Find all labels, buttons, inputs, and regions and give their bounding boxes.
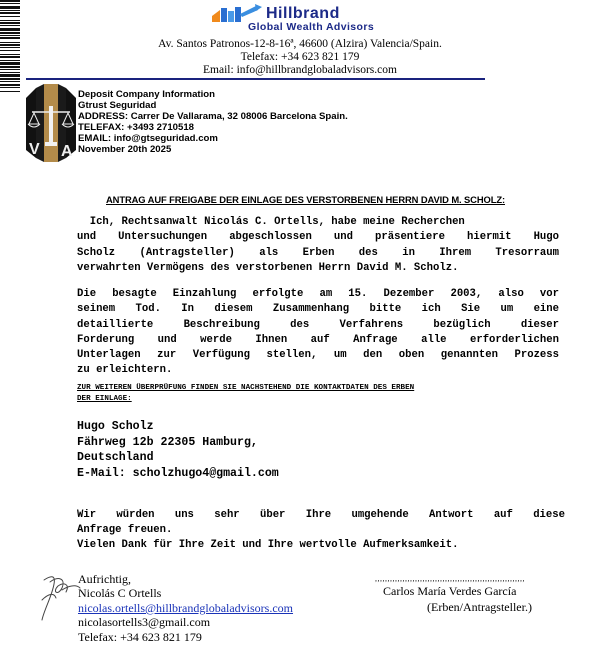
sender-email-alt: nicolasortells3@gmail.com <box>78 615 293 629</box>
letterhead-email: Email: info@hillbrandglobaladvisors.com <box>20 64 580 76</box>
closing-line: Wir würden uns sehr über Ihre umgehende … <box>77 508 565 523</box>
svg-text:V: V <box>29 141 40 158</box>
closing-line: Anfrage freuen. <box>77 523 565 538</box>
paragraph-line: verwahrten Vermögens des verstorbenen He… <box>77 261 559 276</box>
paragraph-line: Ich, Rechtsanwalt Nicolás C. Ortells, ha… <box>77 215 559 230</box>
heir-name: Hugo Scholz <box>77 419 279 435</box>
letterhead-telefax: Telefax: +34 623 821 179 <box>20 51 580 63</box>
heir-signature-role: (Erben/Antragsteller.) <box>427 600 532 615</box>
heir-street: Fährweg 12b 22305 Hamburg, <box>77 435 279 451</box>
paragraph-line: detaillierte Beschreibung des Verfahrens… <box>77 318 559 333</box>
paragraph-deposit-details: Die besagte Einzahlung erfolgte am 15. D… <box>77 287 559 379</box>
deposit-name: Gtrust Seguridad <box>78 100 348 111</box>
paragraph-line: seinem Tod. In diesem Zusammenhang bitte… <box>77 302 559 317</box>
paragraph-line: und Untersuchungen abgeschlossen und prä… <box>77 230 559 245</box>
letter-title: ANTRAG AUF FREIGABE DER EINLAGE DES VERS… <box>106 194 505 205</box>
paragraph-line: Unterlagen zur Verfügung stellen, um den… <box>77 348 559 363</box>
brand-tagline: Global Wealth Advisors <box>248 21 374 33</box>
sender-email-link[interactable]: nicolas.ortells@hillbrandglobaladvisors.… <box>78 601 293 615</box>
heir-country: Deutschland <box>77 450 279 466</box>
header-divider <box>26 78 485 80</box>
verification-heading: ZUR WEITEREN ÜBERPRÜFUNG FINDEN SIE NACH… <box>77 383 414 405</box>
svg-text:A: A <box>61 143 73 160</box>
heir-contact: Hugo Scholz Fährweg 12b 22305 Hamburg, D… <box>77 419 279 481</box>
verification-heading-line: ZUR WEITEREN ÜBERPRÜFUNG FINDEN SIE NACH… <box>77 383 414 394</box>
closing-line: Vielen Dank für Ihre Zeit und Ihre wertv… <box>77 538 565 553</box>
deposit-address: ADDRESS: Carrer De Vallarama, 32 08006 B… <box>78 111 348 122</box>
sender-telefax: Telefax: +34 623 821 179 <box>78 630 293 644</box>
signature-line: ,,,,,,,,,,,,,,,,,,,,,,,,,,,,,,,,,,,,,,,,… <box>375 574 525 583</box>
closing-paragraph: Wir würden uns sehr über Ihre umgehende … <box>77 508 565 553</box>
letter-date: November 20th 2025 <box>78 144 348 155</box>
deposit-company-info: Deposit Company Information Gtrust Segur… <box>78 89 348 156</box>
sender-signature: Aufrichtig, Nicolás C Ortells nicolas.or… <box>78 572 293 644</box>
deposit-email: EMAIL: info@gtseguridad.com <box>78 133 348 144</box>
paragraph-line: Die besagte Einzahlung erfolgte am 15. D… <box>77 287 559 302</box>
deposit-telefax: TELEFAX: +3493 2710518 <box>78 122 348 133</box>
verification-heading-line: DER EINLAGE: <box>77 394 414 405</box>
paragraph-line: Forderung und werde Ihnen auf Anfrage al… <box>77 333 559 348</box>
letterhead-address: Av. Santos Patronos-12-8-16ª, 46600 (Alz… <box>20 38 580 50</box>
scales-of-justice-logo-icon: V A <box>26 84 76 162</box>
paragraph-line: zu erleichtern. <box>77 363 559 378</box>
salutation: Aufrichtig, <box>78 572 293 586</box>
heir-email: E-Mail: scholzhugo4@gmail.com <box>77 466 279 482</box>
paragraph-introduction: Ich, Rechtsanwalt Nicolás C. Ortells, ha… <box>77 215 559 276</box>
barcode <box>0 0 20 172</box>
paragraph-line: Scholz (Antragsteller) als Erben des in … <box>77 246 559 261</box>
heir-signature-name: Carlos María Verdes García <box>383 584 516 599</box>
sender-name: Nicolás C Ortells <box>78 586 293 600</box>
deposit-heading: Deposit Company Information <box>78 89 348 100</box>
